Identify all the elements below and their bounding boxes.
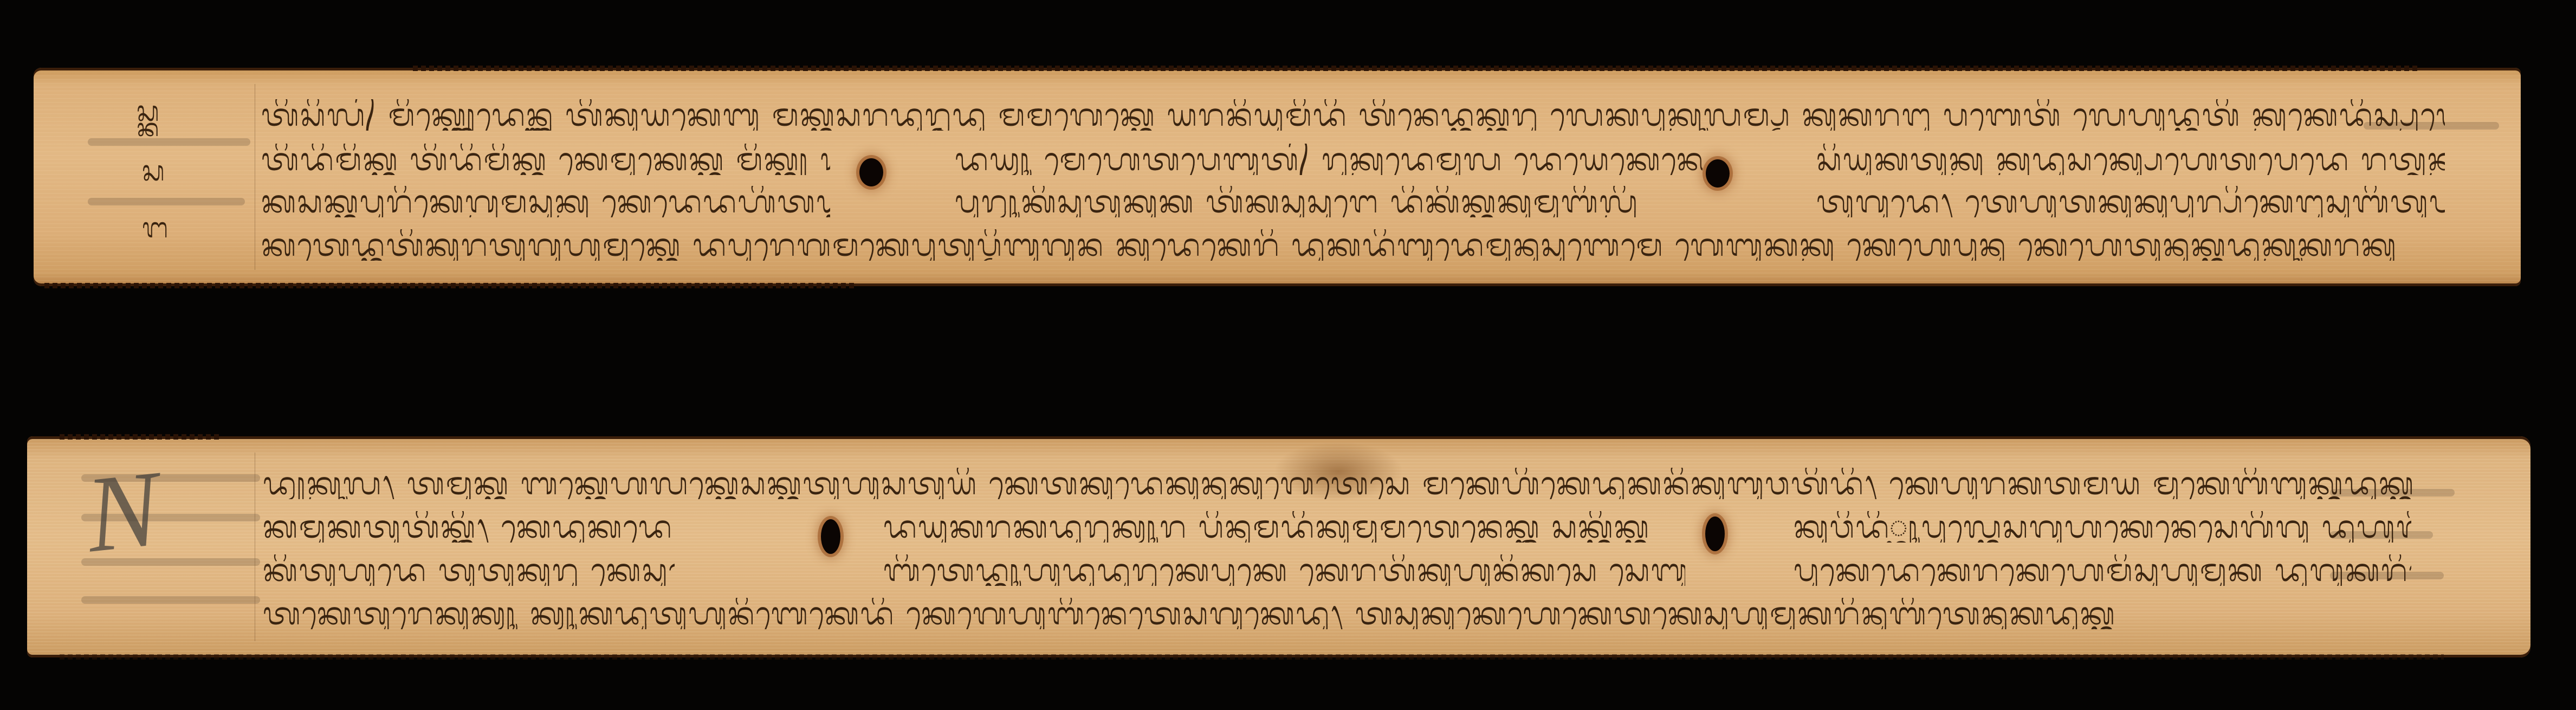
script-line: ᬢᬓᬾᬢᬸᬭᬾᬓᬸᬓ᭄ᬬᬸ ᬓ᭄ᬬᬸᬓᬤᬸᬢᬸᬳᬸᬦᬶᬩᬾᬓᬾᬤᬶ ᬓᬾᬕᬾᬳᬸ… xyxy=(263,598,2430,629)
palm-leaf-top: ᬲ᭄ᬓ ᬲ ᬗ ᬢᬶᬲᬶᬮ᭄ ᬫᬶᬓ᭄ᬓ᭄ᬬ᭄ᬓᬾᬤᬾᬦ᭄ᬓ᭄ᬮ ᬢᬶᬓᬸᬬᬓᬾ… xyxy=(34,68,2521,286)
binding-hole xyxy=(1705,517,1725,551)
script-line: ᬓᬸᬯᬶᬤᬶ᭄ᬓ᭄ᬬᬸᬧᬸᬮ᭄ᬓᬾᬲᬕᬸᬳᬓᬾᬦᬾᬲᬾᬕᬶᬕᬸ ᬤᬸᬳᬸᬕᬶᬳᬸ… xyxy=(1794,511,2411,543)
script-line: ᬧᬸᬭ᭄ᬬᬸᬓᬶᬲᬸᬢᬸᬓᬸᬓ ᬢᬶᬓᬲᬸᬲᬸᬗᬾ ᬤᬶᬓᬶᬓ᭄ᬢᬸᬓᬸᬫᬸᬩᬶ… xyxy=(955,186,1703,217)
script-line: ᬤᬬ᭄ᬬᬸ ᬫᬾᬳᬾᬢᬧᬾᬩᬸᬢ᭄ ᬭᬸᬓ᭄ᬭᬤᬾᬫᬸᬮ ᬤᬾᬬᬾᬓᬾᬓᬾᬦᬢᬸ… xyxy=(955,144,1703,175)
margin-ruling-line xyxy=(255,84,255,270)
palm-leaf-bottom: N ᬤ᭄ᬬᬓ᭄ᬭᬸᬮ᭞ ᬢᬫᬸᬓ᭄ᬓᬸ ᬩᬓ᭄ᬓᬾᬳᬮᬓ᭄ᬓᬾᬲᬓ᭄ᬓᬢᬸᬳᬸᬲ… xyxy=(27,436,2530,657)
leaf-edge-damage xyxy=(413,66,2418,71)
leaf-number-glyph: ᬲ xyxy=(142,157,165,185)
script-line: ᬢᬶᬲᬶᬮ᭄ ᬫᬶᬓ᭄ᬓ᭄ᬬ᭄ᬓᬾᬤᬾᬦ᭄ᬓ᭄ᬮ ᬢᬶᬓᬸᬬᬓᬾᬩᬸ ᬫᬓ᭄ᬓᬲ… xyxy=(261,99,2445,131)
binding-hole xyxy=(821,519,840,554)
script-line: ᬤᬬᬸᬓᬭᬓᬤᬸᬭᬸᬓ᭄ᬬᬸᬭ ᬧᬶᬦᬸᬫᬤᬶᬓᬸᬫᬸᬫᬢᬾᬦᬾᬓ᭄ᬓ᭄ᬤ ᬲᬓ… xyxy=(883,511,1685,543)
script-line: ᬓᬲᬓ᭄ᬓᬸᬧᬸᬭᬶᬓᬾᬕ᭄ᬭᬫᬲᬸᬓ᭄ᬭ ᬓᬾᬤᬾᬤᬳᬶᬢᬤ᭄ᬓᬸ xyxy=(261,186,830,217)
smudge xyxy=(88,198,245,205)
script-line: ᬲᬶᬬᬸᬓᬢᬸᬓ᭄ᬭ ᬓ᭄ᬭᬤᬸᬲᬓ᭄ᬲᬾᬳᬾᬢᬧᬾᬤᬾ ᬭᬢ᭄ᬦᬓ᭄ᬭ xyxy=(1816,144,2445,175)
binding-hole xyxy=(859,158,883,186)
script-line: ᬩᬶᬢᬾᬤ᭄ᬓ᭄ᬬᬸᬳᬸᬤᬸᬤᬸᬭᬸᬓᬾᬧᬸᬓᬾ ᬓᬾᬭᬢᬶᬓᬸᬳᬸᬦᬶᬓᬲᬾ … xyxy=(883,554,1685,586)
script-line: ᬢᬸᬕᬸᬤᬾ᭞ ᬢᬾᬳᬸᬢᬓᬸᬓᬸᬧᬸᬭ᭄ᬧᬶᬓᬾᬗᬸᬲᬸᬩᬶᬢᬸᬳᬸᬫ xyxy=(1816,186,2445,217)
leaf-edge-damage xyxy=(60,654,2444,660)
smudge xyxy=(81,596,260,604)
pencil-annotation: N xyxy=(81,455,165,570)
script-line: ᬓᬢᬾᬤ᭄ᬓᬸᬢᬶᬓᬸᬭᬢᬸᬕᬸᬳᬸᬫᬸᬓ᭄ᬓᬾ ᬤᬧᬸᬭᬾᬕᬫᬓᬾᬧᬸᬢᬸᬧ᭄… xyxy=(261,229,2445,261)
leaf-edge-damage xyxy=(44,283,857,288)
script-line: ᬓᬫᬸᬓᬢᬸᬢᬶᬓ᭄ᬓ᭄ᬤᬶ᭞ ᬓᬾᬤᬸᬓᬤᬾ ᬓ᭄ᬭᬕᬸᬓᬸᬭᬲᬶᬓ xyxy=(263,511,675,543)
leaf-edge-damage xyxy=(60,434,222,440)
leaf-number-glyph: ᬲ᭄ᬓ xyxy=(137,98,159,126)
smudge xyxy=(88,138,250,146)
script-line: ᬓᬶᬢᬸᬳᬸᬤᬾ ᬢᬸᬢᬸᬓᬸᬭᬸ ᬓᬾᬲᬸᬓᬾᬩᬸ ᬤᬸᬓᬸᬳᬸᬫ xyxy=(263,554,675,586)
leaf-number-glyph: ᬗ xyxy=(142,214,169,242)
script-line: ᬤ᭄ᬬᬓ᭄ᬭᬸᬮ᭞ ᬢᬫᬸᬓ᭄ᬓᬸ ᬩᬓ᭄ᬓᬾᬳᬮᬓ᭄ᬓᬾᬲᬓ᭄ᬓᬢᬸᬳᬸᬲᬢᬸ… xyxy=(263,468,2430,499)
script-line: ᬢᬶᬤᬶᬫᬶᬓ᭄ᬢ ᬢᬶᬤᬶᬫᬶᬓ᭄ᬢ ᬓᬾᬫᬸᬓᬾᬓ᭄ᬢ ᬫᬶᬓ᭄ᬓ᭄ᬬ ᬭᬕ… xyxy=(261,144,830,175)
binding-hole xyxy=(1706,159,1730,188)
script-line: ᬧᬸᬓᬾᬤᬾᬓᬾᬭᬓᬾᬳᬾᬫᬶᬲᬸᬳᬸᬫᬸᬓ ᬤᬸᬕᬸᬓᬭᬶᬓᬾᬤᬶ ᬓᬸᬲᬸᬤ… xyxy=(1794,554,2411,586)
